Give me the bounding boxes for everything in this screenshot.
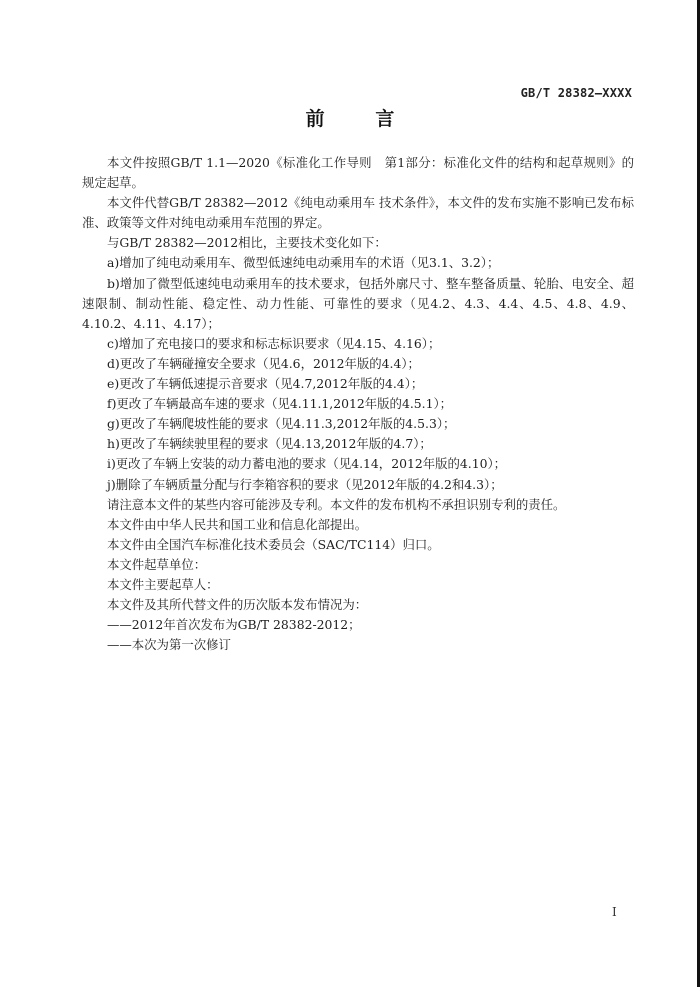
change-item-g: g)更改了车辆爬坡性能的要求（见4.11.3,2012年版的4.5.3）； (82, 414, 634, 434)
paragraph-changes-intro: 与GB/T 28382—2012相比，主要技术变化如下： (82, 233, 634, 253)
item-label: f) (107, 396, 116, 411)
item-text: 更改了车辆续驶里程的要求（见4.13,2012年版的4.7）； (120, 436, 432, 451)
item-text: 更改了车辆最高车速的要求（见4.11.1,2012年版的4.5.1）； (116, 396, 452, 411)
title-char-2: 言 (375, 104, 394, 131)
item-label: i) (107, 456, 116, 471)
item-label: c) (107, 336, 119, 351)
item-text: 增加了纯电动乘用车、微型低速纯电动乘用车的术语（见3.1、3.2）； (119, 255, 499, 270)
item-label: h) (107, 436, 120, 451)
title-char-1: 前 (306, 104, 325, 131)
version-history-item-current: ——本次为第一次修订 (82, 635, 634, 655)
item-text: 更改了车辆上安装的动力蓄电池的要求（见4.14，2012年版的4.10）； (116, 456, 506, 471)
item-text: 更改了车辆爬坡性能的要求（见4.11.3,2012年版的4.5.3）； (120, 416, 456, 431)
proposer-statement: 本文件由中华人民共和国工业和信息化部提出。 (82, 515, 634, 535)
change-item-c: c)增加了充电接口的要求和标志标识要求（见4.15、4.16）； (82, 334, 634, 354)
item-label: b) (107, 276, 120, 291)
item-label: d) (107, 356, 120, 371)
change-item-b: b)增加了微型低速纯电动乘用车的技术要求，包括外廓尺寸、整车整备质量、轮胎、电安… (82, 274, 634, 334)
change-item-a: a)增加了纯电动乘用车、微型低速纯电动乘用车的术语（见3.1、3.2）； (82, 253, 634, 273)
page-title: 前 言 (0, 104, 700, 131)
change-item-d: d)更改了车辆碰撞安全要求（见4.6，2012年版的4.4）； (82, 354, 634, 374)
changes-list: a)增加了纯电动乘用车、微型低速纯电动乘用车的术语（见3.1、3.2）； b)增… (82, 253, 634, 494)
item-text: 更改了车辆低速提示音要求（见4.7,2012年版的4.4）； (119, 376, 423, 391)
patent-notice: 请注意本文件的某些内容可能涉及专利。本文件的发布机构不承担识别专利的责任。 (82, 495, 634, 515)
paragraph-replacement: 本文件代替GB/T 28382—2012《纯电动乘用车 技术条件》，本文件的发布… (82, 193, 634, 233)
item-label: g) (107, 416, 120, 431)
page-number: I (612, 905, 617, 919)
change-item-f: f)更改了车辆最高车速的要求（见4.11.1,2012年版的4.5.1）； (82, 394, 634, 414)
paragraph-drafting-basis: 本文件按照GB/T 1.1—2020《标准化工作导则 第1部分：标准化文件的结构… (82, 153, 634, 193)
item-label: j) (107, 477, 116, 492)
version-history-item-2012: ——2012年首次发布为GB/T 28382-2012； (82, 615, 634, 635)
principal-drafters: 本文件主要起草人： (82, 575, 634, 595)
item-label: e) (107, 376, 119, 391)
standard-code-header: GB/T 28382—XXXX (521, 86, 632, 100)
item-text: 更改了车辆碰撞安全要求（见4.6，2012年版的4.4）； (120, 356, 420, 371)
drafting-units: 本文件起草单位： (82, 555, 634, 575)
item-text: 增加了微型低速纯电动乘用车的技术要求，包括外廓尺寸、整车整备质量、轮胎、电安全、… (82, 276, 634, 331)
change-item-e: e)更改了车辆低速提示音要求（见4.7,2012年版的4.4）； (82, 374, 634, 394)
change-item-j: j)删除了车辆质量分配与行李箱容积的要求（见2012年版的4.2和4.3）； (82, 475, 634, 495)
item-text: 删除了车辆质量分配与行李箱容积的要求（见2012年版的4.2和4.3）； (116, 477, 503, 492)
item-text: 增加了充电接口的要求和标志标识要求（见4.15、4.16）； (119, 336, 441, 351)
administrator-statement: 本文件由全国汽车标准化技术委员会（SAC/TC114）归口。 (82, 535, 634, 555)
change-item-i: i)更改了车辆上安装的动力蓄电池的要求（见4.14，2012年版的4.10）； (82, 454, 634, 474)
item-label: a) (107, 255, 119, 270)
foreword-body: 本文件按照GB/T 1.1—2020《标准化工作导则 第1部分：标准化文件的结构… (82, 153, 634, 655)
change-item-h: h)更改了车辆续驶里程的要求（见4.13,2012年版的4.7）； (82, 434, 634, 454)
version-history-intro: 本文件及其所代替文件的历次版本发布情况为： (82, 595, 634, 615)
